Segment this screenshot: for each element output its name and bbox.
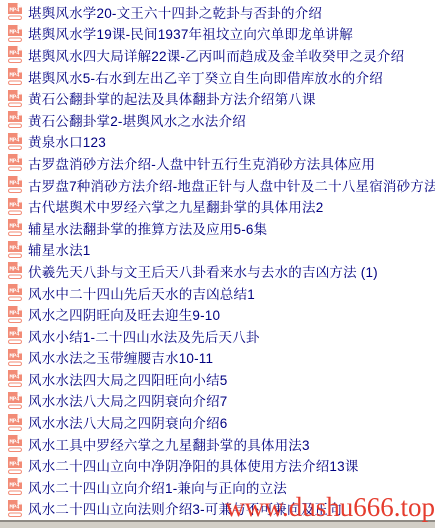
video-title-link[interactable]: 风水之四阴旺向及旺去迎生9-10 — [28, 304, 220, 324]
mp4-icon-label: MP4 — [9, 375, 20, 381]
list-item[interactable]: MP4堪舆风水四大局详解22课-乙丙叫而趋成及金羊收癸甲之灵介绍 — [0, 44, 435, 66]
video-list: MP4堪舆风水学20-文王六十四卦之乾卦与否卦的介绍MP4堪舆风水学19课-民间… — [0, 0, 435, 519]
mp4-file-icon: MP4 — [7, 46, 23, 63]
icon-tray — [9, 211, 22, 215]
mp4-icon-label: MP4 — [9, 29, 20, 35]
icon-tray — [9, 103, 22, 107]
video-title-link[interactable]: 古代堪舆术中罗经六掌之九星翻卦掌的具体用法2 — [28, 196, 323, 216]
list-item[interactable]: MP4辅星水法1 — [0, 239, 435, 261]
mp4-icon-label: MP4 — [9, 72, 20, 78]
icon-tray — [9, 16, 22, 20]
mp4-file-icon: MP4 — [7, 327, 23, 344]
icon-tray — [9, 232, 22, 236]
list-item[interactable]: MP4辅星水法翻卦掌的推算方法及应用5-6集 — [0, 217, 435, 239]
video-title-link[interactable]: 堪舆风水5-右水到左出乙辛丁癸立自生向即借库放水的介绍 — [28, 67, 383, 87]
icon-tray — [9, 319, 22, 323]
mp4-file-icon: MP4 — [7, 457, 23, 474]
video-title-link[interactable]: 堪舆风水学19课-民间1937年祖坟立向穴单即龙单讲解 — [28, 23, 353, 43]
video-title-link[interactable]: 风水二十四山立向介绍1-兼向与正向的立法 — [28, 477, 287, 497]
list-item[interactable]: MP4风水二十四山立向法则介绍3-可兼与不可兼向及正向 — [0, 498, 435, 520]
icon-tray — [9, 470, 22, 474]
icon-tray — [9, 254, 22, 258]
mp4-icon-label: MP4 — [9, 267, 20, 273]
video-title-link[interactable]: 辅星水法1 — [28, 239, 91, 259]
mp4-icon-label: MP4 — [9, 483, 20, 489]
list-item[interactable]: MP4古代堪舆术中罗经六掌之九星翻卦掌的具体用法2 — [0, 195, 435, 217]
mp4-file-icon: MP4 — [7, 370, 23, 387]
video-title-link[interactable]: 风水水法之玉带缠腰吉水10-11 — [28, 347, 213, 367]
mp4-file-icon: MP4 — [7, 90, 23, 107]
list-item[interactable]: MP4伏羲先天八卦与文王后天八卦看来水与去水的吉凶方法 (1) — [0, 260, 435, 282]
list-item[interactable]: MP4风水水法之玉带缠腰吉水10-11 — [0, 347, 435, 369]
mp4-icon-label: MP4 — [9, 353, 20, 359]
list-item[interactable]: MP4古罗盘消砂方法介绍-人盘中针五行生克消砂方法具体应用 — [0, 152, 435, 174]
icon-tray — [9, 38, 22, 42]
list-item[interactable]: MP4风水之四阴旺向及旺去迎生9-10 — [0, 303, 435, 325]
video-title-link[interactable]: 风水水法八大局之四阴衰向介绍6 — [28, 412, 228, 432]
list-item[interactable]: MP4风水工具中罗经六掌之九星翻卦掌的具体用法3 — [0, 433, 435, 455]
icon-tray — [9, 167, 22, 171]
icon-tray — [9, 513, 22, 517]
list-item[interactable]: MP4风水水法八大局之四阴衰向介绍6 — [0, 411, 435, 433]
icon-tray — [9, 189, 22, 193]
list-item[interactable]: MP4风水水法八大局之四阴衰向介绍7 — [0, 390, 435, 412]
mp4-file-icon: MP4 — [7, 349, 23, 366]
video-title-link[interactable]: 风水二十四山立向法则介绍3-可兼与不可兼向及正向 — [28, 498, 342, 518]
video-title-link[interactable]: 堪舆风水四大局详解22课-乙丙叫而趋成及金羊收癸甲之灵介绍 — [28, 45, 404, 65]
mp4-file-icon: MP4 — [7, 154, 23, 171]
mp4-file-icon: MP4 — [7, 500, 23, 517]
list-item[interactable]: MP4风水中二十四山先后天水的吉凶总结1 — [0, 282, 435, 304]
list-item[interactable]: MP4风水二十四山立向介绍1-兼向与正向的立法 — [0, 476, 435, 498]
mp4-file-icon: MP4 — [7, 414, 23, 431]
video-title-link[interactable]: 伏羲先天八卦与文王后天八卦看来水与去水的吉凶方法 (1) — [28, 261, 378, 281]
video-title-link[interactable]: 风水中二十四山先后天水的吉凶总结1 — [28, 283, 255, 303]
mp4-file-icon: MP4 — [7, 262, 23, 279]
icon-tray — [9, 340, 22, 344]
mp4-icon-label: MP4 — [9, 94, 20, 100]
video-title-link[interactable]: 辅星水法翻卦掌的推算方法及应用5-6集 — [28, 218, 267, 238]
video-title-link[interactable]: 黄泉水口123 — [28, 131, 106, 151]
mp4-file-icon: MP4 — [7, 68, 23, 85]
icon-tray — [9, 362, 22, 366]
mp4-icon-label: MP4 — [9, 180, 20, 186]
icon-tray — [9, 427, 22, 431]
video-title-link[interactable]: 古罗盘消砂方法介绍-人盘中针五行生克消砂方法具体应用 — [28, 153, 375, 173]
video-title-link[interactable]: 风水水法八大局之四阴衰向介绍7 — [28, 390, 228, 410]
video-title-link[interactable]: 风水小结1-二十四山水法及先后天八卦 — [28, 326, 260, 346]
mp4-icon-label: MP4 — [9, 8, 20, 14]
mp4-icon-label: MP4 — [9, 116, 20, 122]
mp4-icon-label: MP4 — [9, 224, 20, 230]
icon-tray — [9, 275, 22, 279]
mp4-icon-label: MP4 — [9, 202, 20, 208]
mp4-icon-label: MP4 — [9, 396, 20, 402]
mp4-file-icon: MP4 — [7, 284, 23, 301]
icon-tray — [9, 59, 22, 63]
video-title-link[interactable]: 风水水法四大局之四阳旺向小结5 — [28, 369, 228, 389]
video-title-link[interactable]: 堪舆风水学20-文王六十四卦之乾卦与否卦的介绍 — [28, 2, 322, 22]
horizontal-scrollbar[interactable] — [0, 520, 435, 528]
mp4-file-icon: MP4 — [7, 111, 23, 128]
mp4-icon-label: MP4 — [9, 159, 20, 165]
mp4-file-icon: MP4 — [7, 133, 23, 150]
video-title-link[interactable]: 黄石公翻卦掌的起法及具体翻卦方法介绍第八课 — [28, 88, 316, 108]
icon-tray — [9, 124, 22, 128]
list-item[interactable]: MP4堪舆风水学19课-民间1937年祖坟立向穴单即龙单讲解 — [0, 23, 435, 45]
list-item[interactable]: MP4风水二十四山立向中净阴净阳的具体使用方法介绍13课 — [0, 454, 435, 476]
mp4-file-icon: MP4 — [7, 392, 23, 409]
mp4-file-icon: MP4 — [7, 176, 23, 193]
list-item[interactable]: MP4堪舆风水5-右水到左出乙辛丁癸立自生向即借库放水的介绍 — [0, 66, 435, 88]
list-item[interactable]: MP4黄石公翻卦掌2-堪舆风水之水法介绍 — [0, 109, 435, 131]
mp4-icon-label: MP4 — [9, 245, 20, 251]
mp4-file-icon: MP4 — [7, 478, 23, 495]
mp4-file-icon: MP4 — [7, 241, 23, 258]
mp4-file-icon: MP4 — [7, 219, 23, 236]
mp4-file-icon: MP4 — [7, 25, 23, 42]
mp4-icon-label: MP4 — [9, 288, 20, 294]
list-item[interactable]: MP4黄石公翻卦掌的起法及具体翻卦方法介绍第八课 — [0, 87, 435, 109]
icon-tray — [9, 448, 22, 452]
mp4-icon-label: MP4 — [9, 137, 20, 143]
video-title-link[interactable]: 黄石公翻卦掌2-堪舆风水之水法介绍 — [28, 110, 246, 130]
list-item[interactable]: MP4黄泉水口123 — [0, 131, 435, 153]
mp4-icon-label: MP4 — [9, 439, 20, 445]
icon-tray — [9, 81, 22, 85]
video-title-link[interactable]: 风水工具中罗经六掌之九星翻卦掌的具体用法3 — [28, 434, 310, 454]
mp4-file-icon: MP4 — [7, 3, 23, 20]
video-title-link[interactable]: 古罗盘7种消砂方法介绍-地盘正针与人盘中针及二十八星宿消砂方法 — [28, 175, 435, 195]
icon-tray — [9, 491, 22, 495]
mp4-icon-label: MP4 — [9, 310, 20, 316]
icon-tray — [9, 146, 22, 150]
mp4-icon-label: MP4 — [9, 332, 20, 338]
mp4-icon-label: MP4 — [9, 461, 20, 467]
video-title-link[interactable]: 风水二十四山立向中净阴净阳的具体使用方法介绍13课 — [28, 455, 359, 475]
mp4-icon-label: MP4 — [9, 51, 20, 57]
list-item[interactable]: MP4风水小结1-二十四山水法及先后天八卦 — [0, 325, 435, 347]
icon-tray — [9, 405, 22, 409]
mp4-file-icon: MP4 — [7, 198, 23, 215]
list-item[interactable]: MP4风水水法四大局之四阳旺向小结5 — [0, 368, 435, 390]
icon-tray — [9, 297, 22, 301]
mp4-file-icon: MP4 — [7, 435, 23, 452]
mp4-icon-label: MP4 — [9, 418, 20, 424]
icon-tray — [9, 383, 22, 387]
mp4-icon-label: MP4 — [9, 504, 20, 510]
list-item[interactable]: MP4古罗盘7种消砂方法介绍-地盘正针与人盘中针及二十八星宿消砂方法 — [0, 174, 435, 196]
list-item[interactable]: MP4堪舆风水学20-文王六十四卦之乾卦与否卦的介绍 — [0, 1, 435, 23]
mp4-file-icon: MP4 — [7, 306, 23, 323]
